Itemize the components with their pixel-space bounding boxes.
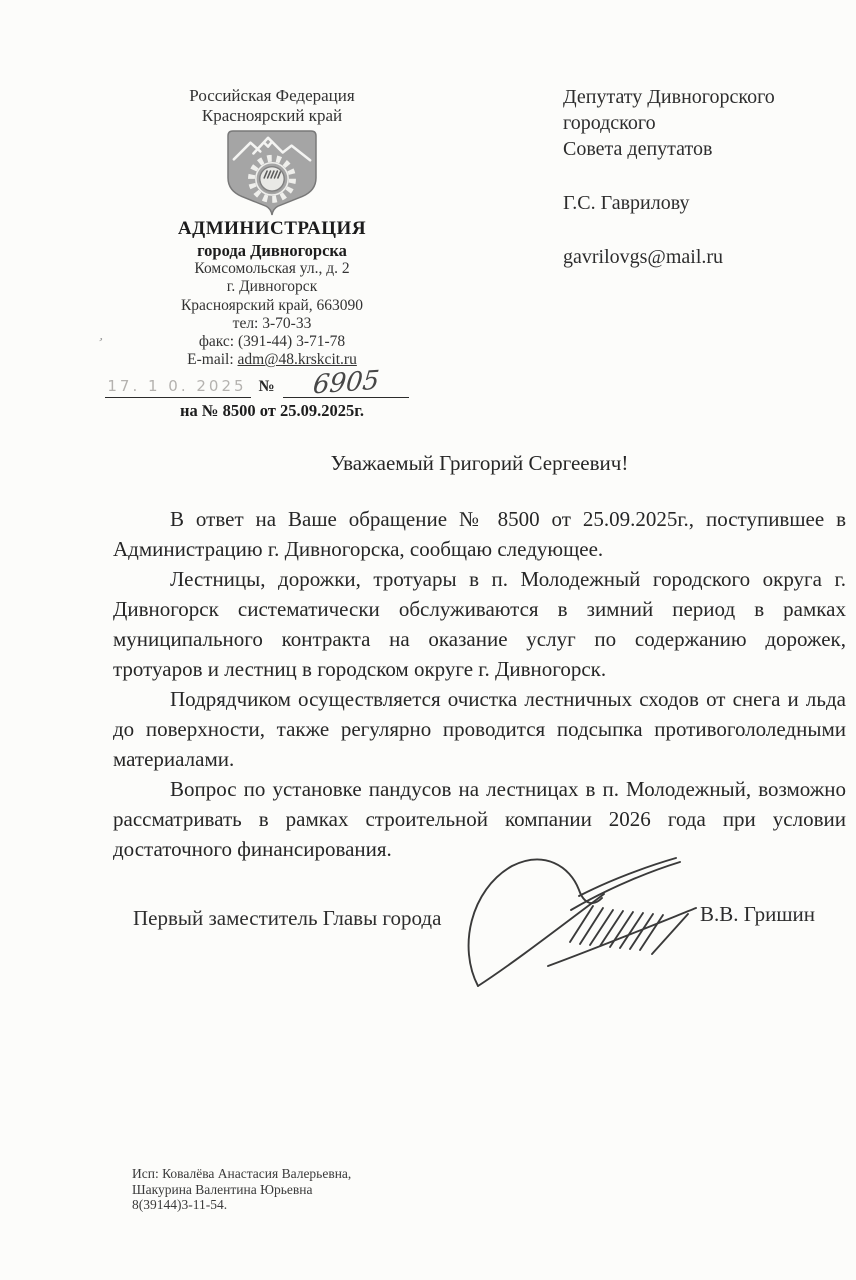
letterhead-country: Российская Федерация	[104, 86, 440, 106]
letterhead: Российская Федерация Красноярский край	[104, 86, 440, 420]
coat-of-arms-icon	[224, 129, 320, 217]
email-line: E-mail: adm@48.krskcit.ru	[104, 351, 440, 369]
recipient-line-1: Депутату Дивногорского	[563, 84, 843, 110]
address-city: г. Дивногорск	[104, 278, 440, 296]
email-label: E-mail:	[187, 351, 237, 368]
body-paragraph-4: Вопрос по установке пандусов на лестница…	[113, 774, 846, 864]
recipient-line-2: городского	[563, 110, 843, 136]
phone-line: тел: 3-70-33	[104, 315, 440, 333]
incoming-date-stamp: 17. 1 0. 2025	[105, 378, 250, 398]
number-label: №	[259, 378, 275, 398]
registration-line: 17. 1 0. 2025 № 6905	[74, 372, 440, 398]
address-region: Красноярский край, 663090	[104, 297, 440, 315]
org-name: АДМИНИСТРАЦИЯ	[104, 218, 440, 240]
recipient-block: Депутату Дивногорского городского Совета…	[563, 84, 843, 270]
spacer	[563, 216, 843, 244]
executor-line-2: Шакурина Валентина Юрьевна	[132, 1182, 351, 1198]
body-paragraph-1: В ответ на Ваше обращение № 8500 от 25.0…	[113, 504, 846, 564]
org-city: города Дивногорска	[104, 241, 440, 260]
executor-phone: 8(39144)3-11-54.	[132, 1197, 351, 1213]
executor-block: Исп: Ковалёва Анастасия Валерьевна, Шаку…	[132, 1166, 351, 1213]
handwritten-signature-icon	[452, 852, 712, 1010]
fax-line: факс: (391-44) 3-71-78	[104, 333, 440, 351]
address-street: Комсомольская ул., д. 2	[104, 260, 440, 278]
signature-position: Первый заместитель Главы города	[133, 906, 441, 931]
signatory-name: В.В. Гришин	[700, 902, 815, 927]
letter-body: Уважаемый Григорий Сергеевич! В ответ на…	[113, 448, 846, 864]
executor-line-1: Исп: Ковалёва Анастасия Валерьевна,	[132, 1166, 351, 1182]
org-email-address: adm@48.krskcit.ru	[238, 351, 357, 368]
recipient-name: Г.С. Гаврилову	[563, 190, 843, 216]
document-page: Российская Федерация Красноярский край	[0, 0, 856, 1280]
salutation: Уважаемый Григорий Сергеевич!	[113, 448, 846, 478]
letterhead-region: Красноярский край	[104, 106, 440, 126]
spacer	[563, 162, 843, 190]
scan-artifact: ’	[94, 336, 104, 353]
number-line: 6905	[283, 371, 409, 398]
outgoing-number-handwritten: 6905	[311, 368, 380, 397]
reference-number: на № 8500 от 25.09.2025г.	[104, 401, 440, 420]
body-paragraph-3: Подрядчиком осуществляется очистка лестн…	[113, 684, 846, 774]
recipient-email: gavrilovgs@mail.ru	[563, 244, 843, 270]
body-paragraph-2: Лестницы, дорожки, тротуары в п. Молодеж…	[113, 564, 846, 684]
recipient-line-3: Совета депутатов	[563, 136, 843, 162]
